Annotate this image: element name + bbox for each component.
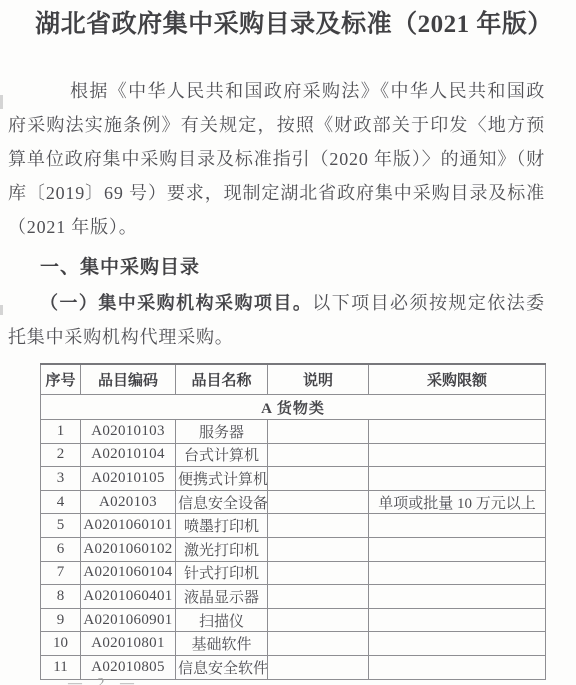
cell-item-name: 针式打印机	[176, 561, 268, 585]
cell-item-name: 基础软件	[176, 632, 268, 656]
cell-procurement-limit	[369, 632, 546, 656]
cell-procurement-limit	[369, 420, 546, 444]
cell-item-name: 信息安全软件	[176, 655, 268, 679]
header-cell-name: 品目名称	[176, 364, 268, 395]
cell-item-code: A02010103	[81, 420, 176, 444]
section-heading: 一、集中采购目录	[8, 253, 576, 283]
goods-category-row: A 货物类	[41, 395, 546, 420]
subsection-paragraph: （一）集中采购机构采购项目。以下项目必须按规定依法委托集中采购机构代理采购。	[8, 286, 545, 354]
header-cell-limit: 采购限额	[369, 364, 546, 395]
cell-description	[268, 561, 369, 585]
cell-item-code: A0201060101	[81, 514, 176, 538]
table-header-row: 序号 品目编码 品目名称 说明 采购限额	[41, 364, 546, 395]
cell-procurement-limit	[369, 655, 546, 679]
cell-item-name: 喷墨打印机	[176, 514, 268, 538]
cell-row-number: 4	[41, 490, 81, 514]
cell-item-code: A0201060901	[81, 608, 176, 632]
page-number: — 2 —	[68, 676, 140, 685]
table-row: 4 A020103 信息安全设备 单项或批量 10 万元以上	[41, 490, 546, 514]
cell-description	[268, 490, 369, 514]
cell-row-number: 6	[41, 537, 81, 561]
cell-item-name: 扫描仪	[176, 608, 268, 632]
cell-item-name: 便携式计算机	[176, 467, 268, 491]
cell-procurement-limit	[369, 537, 546, 561]
cell-procurement-limit	[369, 585, 546, 609]
cell-row-number: 8	[41, 585, 81, 609]
cell-procurement-limit	[369, 514, 546, 538]
goods-category-label: A 货物类	[41, 395, 546, 420]
cell-description	[268, 632, 369, 656]
cell-procurement-limit: 单项或批量 10 万元以上	[369, 490, 546, 514]
table-row: 1 A02010103 服务器	[41, 420, 546, 444]
table-row: 6 A0201060102 激光打印机	[41, 537, 546, 561]
scan-artifact	[0, 305, 3, 315]
cell-procurement-limit	[369, 608, 546, 632]
cell-description	[268, 537, 369, 561]
cell-item-code: A0201060401	[81, 585, 176, 609]
cell-description	[268, 608, 369, 632]
header-cell-code: 品目编码	[81, 364, 176, 395]
cell-row-number: 9	[41, 608, 81, 632]
page-title: 湖北省政府集中采购目录及标准（2021 年版）	[0, 8, 576, 41]
table-row: 7 A0201060104 针式打印机	[41, 561, 546, 585]
cell-row-number: 10	[41, 632, 81, 656]
cell-row-number: 3	[41, 467, 81, 491]
header-cell-no: 序号	[41, 364, 81, 395]
cell-row-number: 2	[41, 443, 81, 467]
table-row: 10 A02010801 基础软件	[41, 632, 546, 656]
cell-item-name: 激光打印机	[176, 537, 268, 561]
table-row: 9 A0201060901 扫描仪	[41, 608, 546, 632]
table-row: 5 A0201060101 喷墨打印机	[41, 514, 546, 538]
cell-procurement-limit	[369, 443, 546, 467]
cell-item-name: 信息安全设备	[176, 490, 268, 514]
header-cell-desc: 说明	[268, 364, 369, 395]
cell-row-number: 5	[41, 514, 81, 538]
cell-item-name: 服务器	[176, 420, 268, 444]
scan-artifact	[0, 95, 3, 109]
cell-description	[268, 514, 369, 538]
cell-item-code: A020103	[81, 490, 176, 514]
cell-item-code: A02010801	[81, 632, 176, 656]
table-row: 2 A02010104 台式计算机	[41, 443, 546, 467]
cell-description	[268, 443, 369, 467]
cell-item-name: 液晶显示器	[176, 585, 268, 609]
cell-description	[268, 655, 369, 679]
cell-item-code: A02010105	[81, 467, 176, 491]
document-page: 湖北省政府集中采购目录及标准（2021 年版） 根据《中华人民共和国政府采购法》…	[0, 0, 576, 685]
cell-procurement-limit	[369, 561, 546, 585]
procurement-table: 序号 品目编码 品目名称 说明 采购限额 A 货物类 1 A02010103 服…	[40, 363, 546, 680]
cell-item-name: 台式计算机	[176, 443, 268, 467]
cell-row-number: 1	[41, 420, 81, 444]
cell-description	[268, 585, 369, 609]
subsection-lead: （一）集中采购机构采购项目。	[40, 293, 312, 313]
cell-description	[268, 467, 369, 491]
cell-item-code: A0201060102	[81, 537, 176, 561]
cell-item-code: A02010104	[81, 443, 176, 467]
cell-procurement-limit	[369, 467, 546, 491]
cell-row-number: 7	[41, 561, 81, 585]
cell-item-code: A0201060104	[81, 561, 176, 585]
intro-paragraph: 根据《中华人民共和国政府采购法》《中华人民共和国政府采购法实施条例》有关规定，按…	[8, 74, 545, 244]
table-row: 8 A0201060401 液晶显示器	[41, 585, 546, 609]
table-row: 3 A02010105 便携式计算机	[41, 467, 546, 491]
cell-description	[268, 420, 369, 444]
